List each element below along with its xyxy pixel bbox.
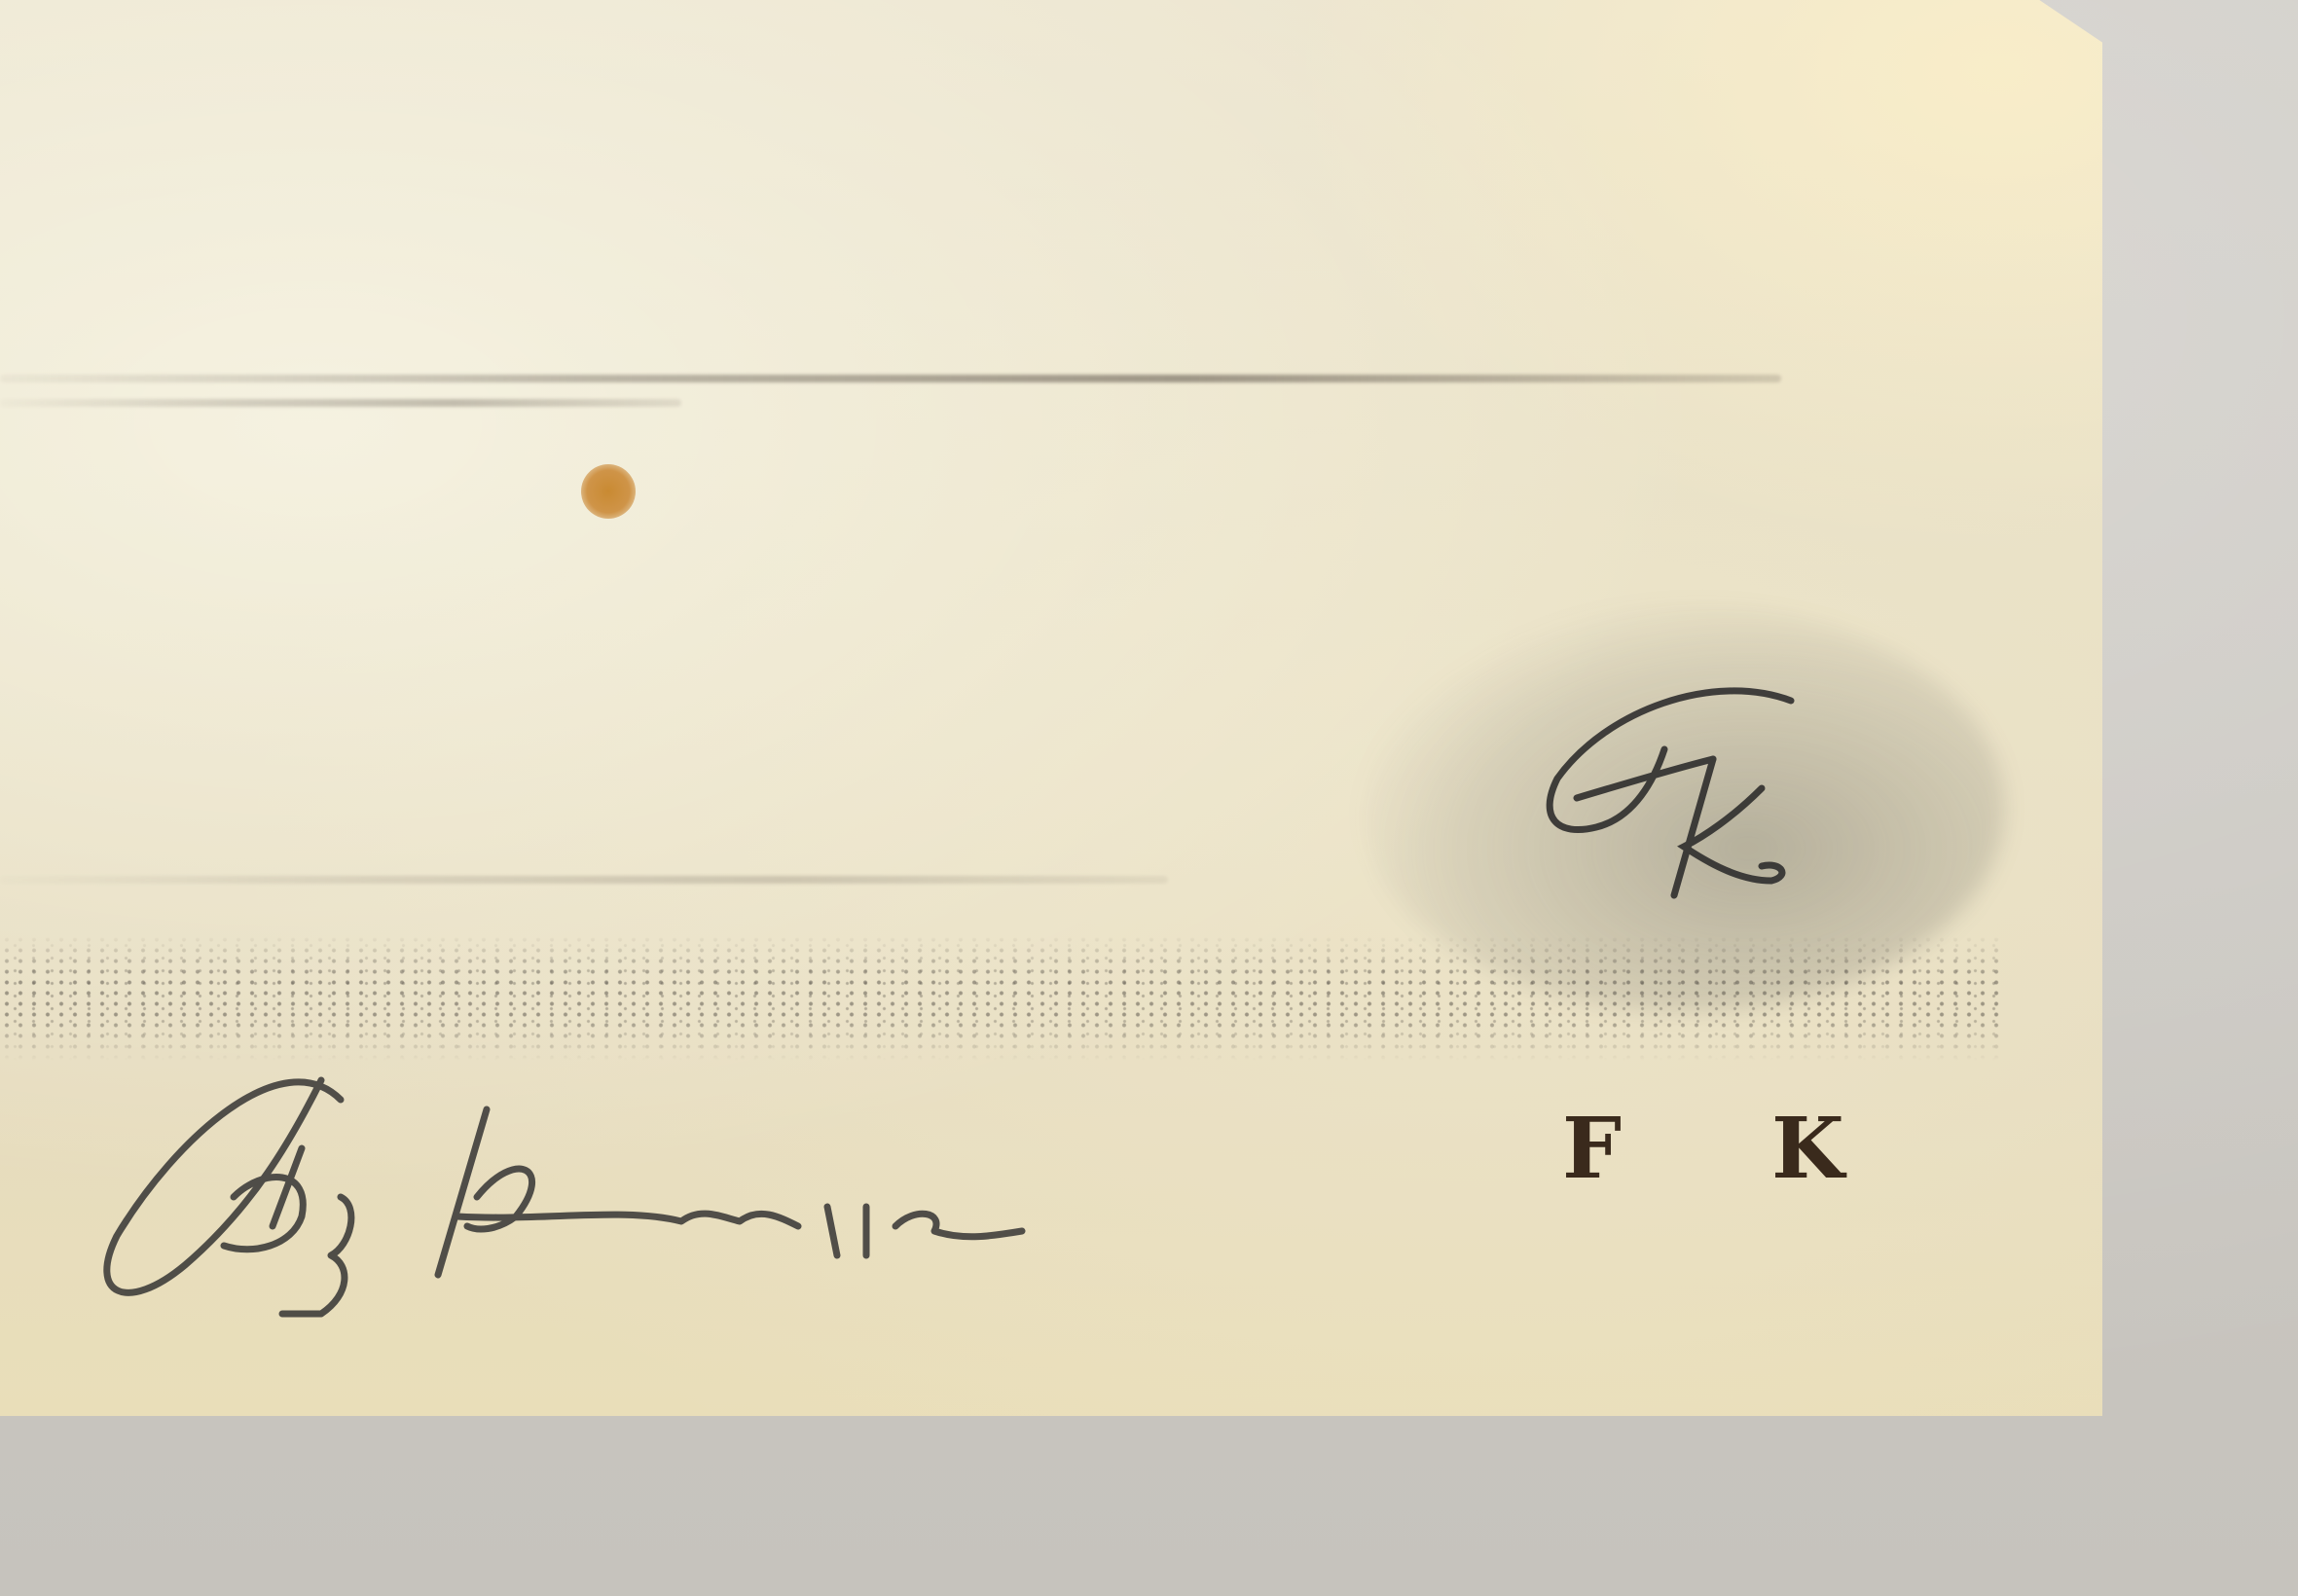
pencil-line-lower bbox=[0, 876, 1168, 884]
rust-stain bbox=[581, 464, 636, 519]
printed-initials-stamp: F K bbox=[1562, 1100, 1905, 1198]
pencil-signature bbox=[58, 1022, 1051, 1333]
pencil-line-upper bbox=[0, 375, 1781, 382]
pencil-monogram bbox=[1518, 671, 1810, 915]
paper-sheet: F K bbox=[0, 0, 2102, 1416]
pencil-line-faint bbox=[0, 399, 681, 407]
